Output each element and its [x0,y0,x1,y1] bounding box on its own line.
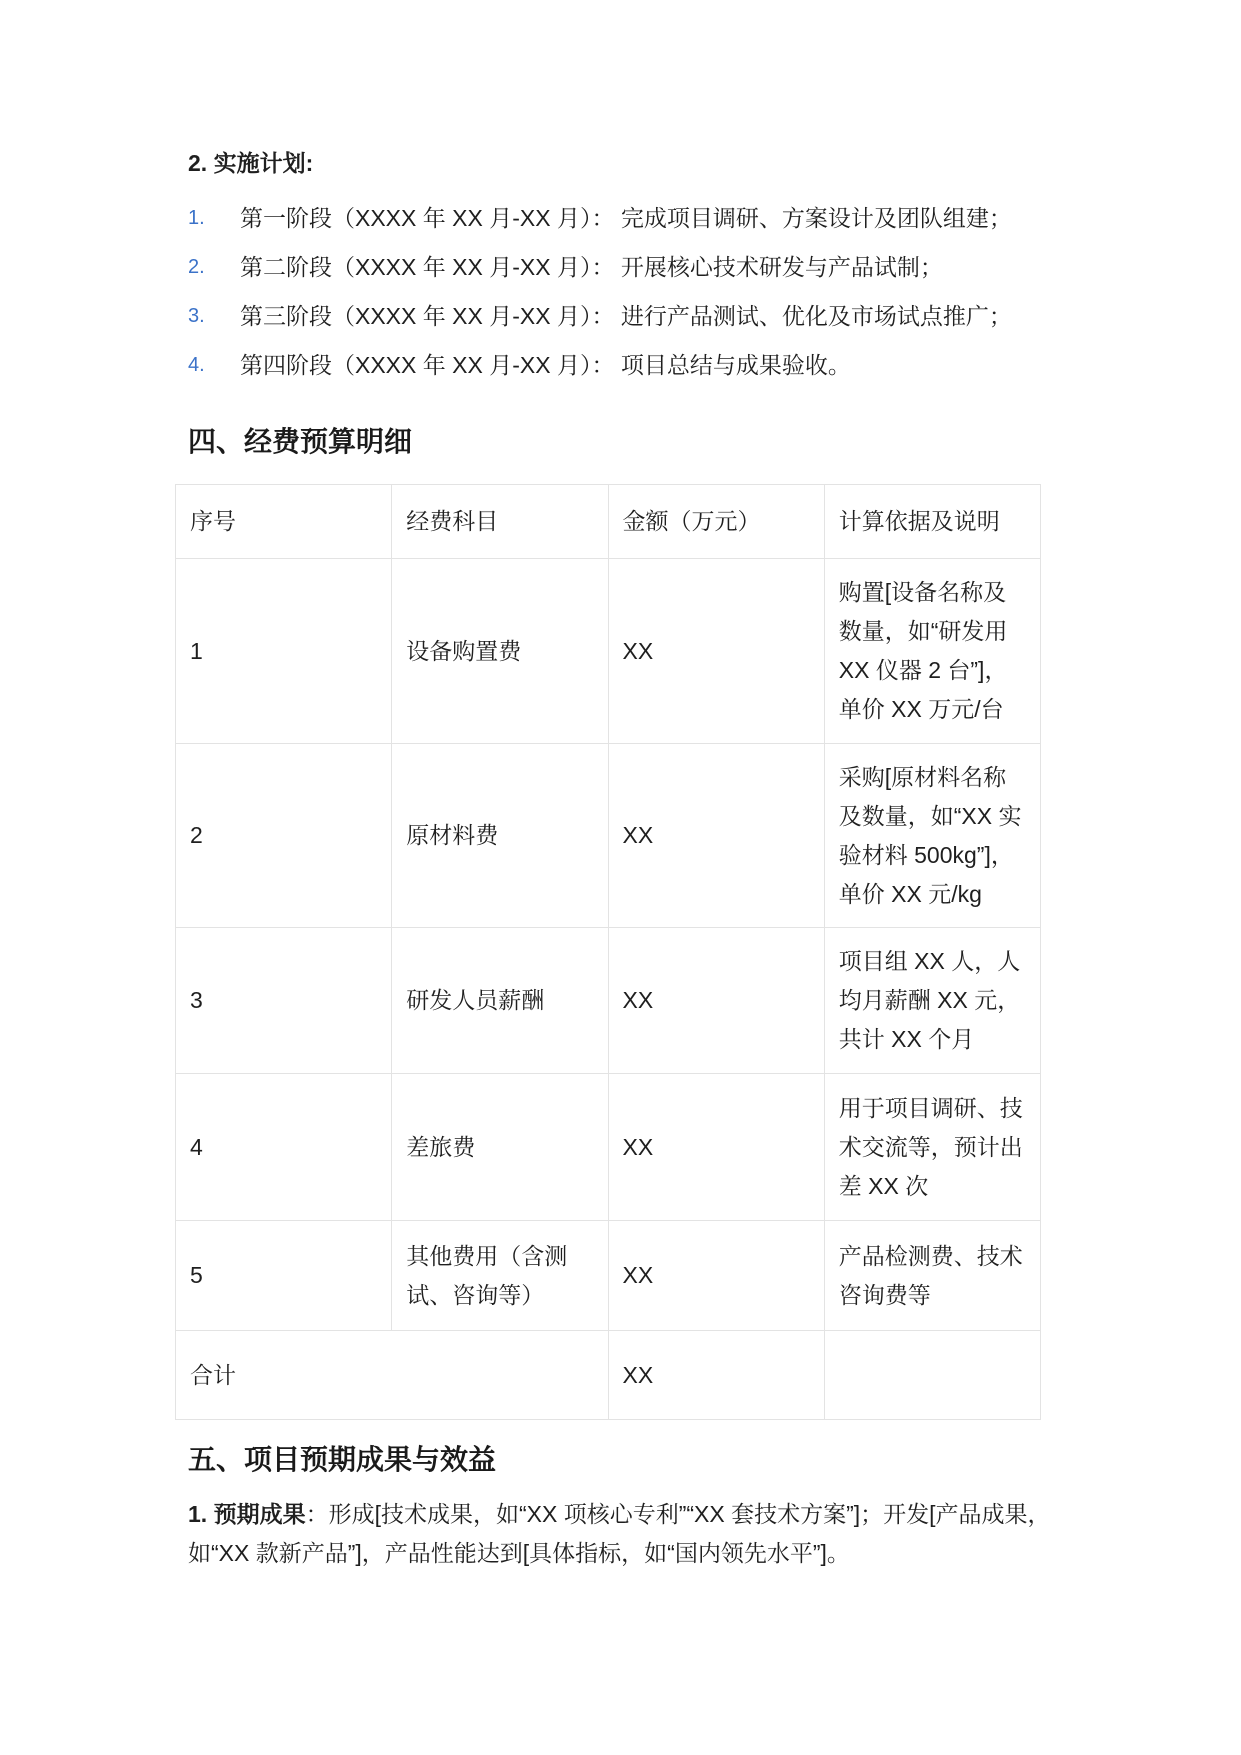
list-item-number: 2. [188,247,240,287]
table-row: 2 原材料费 XX 采购[原材料名称及数量，如“XX 实验材料 500kg”]，… [176,744,1041,928]
list-item: 2. 第二阶段（XXXX 年 XX 月-XX 月）： 开展核心技术研发与产品试制… [188,247,1055,287]
implementation-plan-list: 1. 第一阶段（XXXX 年 XX 月-XX 月）： 完成项目调研、方案设计及团… [188,198,1055,385]
column-header-no: 序号 [176,485,392,559]
expected-outcome-paragraph: 1. 预期成果：形成[技术成果，如“XX 项核心专利”“XX 套技术方案”]；开… [188,1495,1055,1573]
list-item: 1. 第一阶段（XXXX 年 XX 月-XX 月）： 完成项目调研、方案设计及团… [188,198,1055,238]
cell-amount: XX [608,1074,824,1221]
list-item-number: 1. [188,198,240,238]
list-item: 4. 第四阶段（XXXX 年 XX 月-XX 月）： 项目总结与成果验收。 [188,345,1055,385]
expected-outcome-text: ：形成[技术成果，如“XX 项核心专利”“XX 套技术方案”]；开发[产品成果，… [188,1501,1051,1566]
list-item-text: 第二阶段（XXXX 年 XX 月-XX 月）： 开展核心技术研发与产品试制； [240,247,1055,287]
table-header-row: 序号 经费科目 金额（万元） 计算依据及说明 [176,485,1041,559]
cell-item: 设备购置费 [392,559,608,744]
cell-note: 采购[原材料名称及数量，如“XX 实验材料 500kg”]，单价 XX 元/kg [824,744,1040,928]
list-item-text: 第四阶段（XXXX 年 XX 月-XX 月）： 项目总结与成果验收。 [240,345,1055,385]
cell-amount: XX [608,1221,824,1331]
cell-note: 用于项目调研、技术交流等，预计出差 XX 次 [824,1074,1040,1221]
cell-total-note [824,1331,1040,1420]
cell-note: 项目组 XX 人，人均月薪酬 XX 元，共计 XX 个月 [824,928,1040,1074]
budget-section-heading: 四、经费预算明细 [188,420,1055,464]
document-page: 2. 实施计划: 1. 第一阶段（XXXX 年 XX 月-XX 月）： 完成项目… [0,0,1241,1755]
implementation-plan-title: 2. 实施计划: [188,143,1055,183]
table-row: 3 研发人员薪酬 XX 项目组 XX 人，人均月薪酬 XX 元，共计 XX 个月 [176,928,1041,1074]
list-item: 3. 第三阶段（XXXX 年 XX 月-XX 月）： 进行产品测试、优化及市场试… [188,296,1055,336]
column-header-item: 经费科目 [392,485,608,559]
list-item-text: 第三阶段（XXXX 年 XX 月-XX 月）： 进行产品测试、优化及市场试点推广… [240,296,1055,336]
cell-item: 研发人员薪酬 [392,928,608,1074]
list-item-number: 4. [188,345,240,385]
cell-total-amount: XX [608,1331,824,1420]
table-total-row: 合计 XX [176,1331,1041,1420]
budget-table: 序号 经费科目 金额（万元） 计算依据及说明 1 设备购置费 XX 购置[设备名… [175,484,1041,1420]
cell-amount: XX [608,744,824,928]
cell-no: 5 [176,1221,392,1331]
cell-note: 购置[设备名称及数量，如“研发用 XX 仪器 2 台”]，单价 XX 万元/台 [824,559,1040,744]
list-item-number: 3. [188,296,240,336]
cell-item: 原材料费 [392,744,608,928]
cell-item: 差旅费 [392,1074,608,1221]
cell-no: 2 [176,744,392,928]
cell-note: 产品检测费、技术咨询费等 [824,1221,1040,1331]
cell-no: 4 [176,1074,392,1221]
list-item-text: 第一阶段（XXXX 年 XX 月-XX 月）： 完成项目调研、方案设计及团队组建… [240,198,1055,238]
column-header-note: 计算依据及说明 [824,485,1040,559]
cell-total-label: 合计 [176,1331,609,1420]
outcome-section-heading: 五、项目预期成果与效益 [188,1438,1055,1482]
cell-no: 3 [176,928,392,1074]
table-row: 4 差旅费 XX 用于项目调研、技术交流等，预计出差 XX 次 [176,1074,1041,1221]
document-content: 2. 实施计划: 1. 第一阶段（XXXX 年 XX 月-XX 月）： 完成项目… [0,0,1241,1573]
cell-amount: XX [608,928,824,1074]
table-row: 5 其他费用（含测试、咨询等） XX 产品检测费、技术咨询费等 [176,1221,1041,1331]
expected-outcome-label: 1. 预期成果 [188,1501,306,1527]
column-header-amount: 金额（万元） [608,485,824,559]
cell-item: 其他费用（含测试、咨询等） [392,1221,608,1331]
cell-amount: XX [608,559,824,744]
table-row: 1 设备购置费 XX 购置[设备名称及数量，如“研发用 XX 仪器 2 台”]，… [176,559,1041,744]
cell-no: 1 [176,559,392,744]
